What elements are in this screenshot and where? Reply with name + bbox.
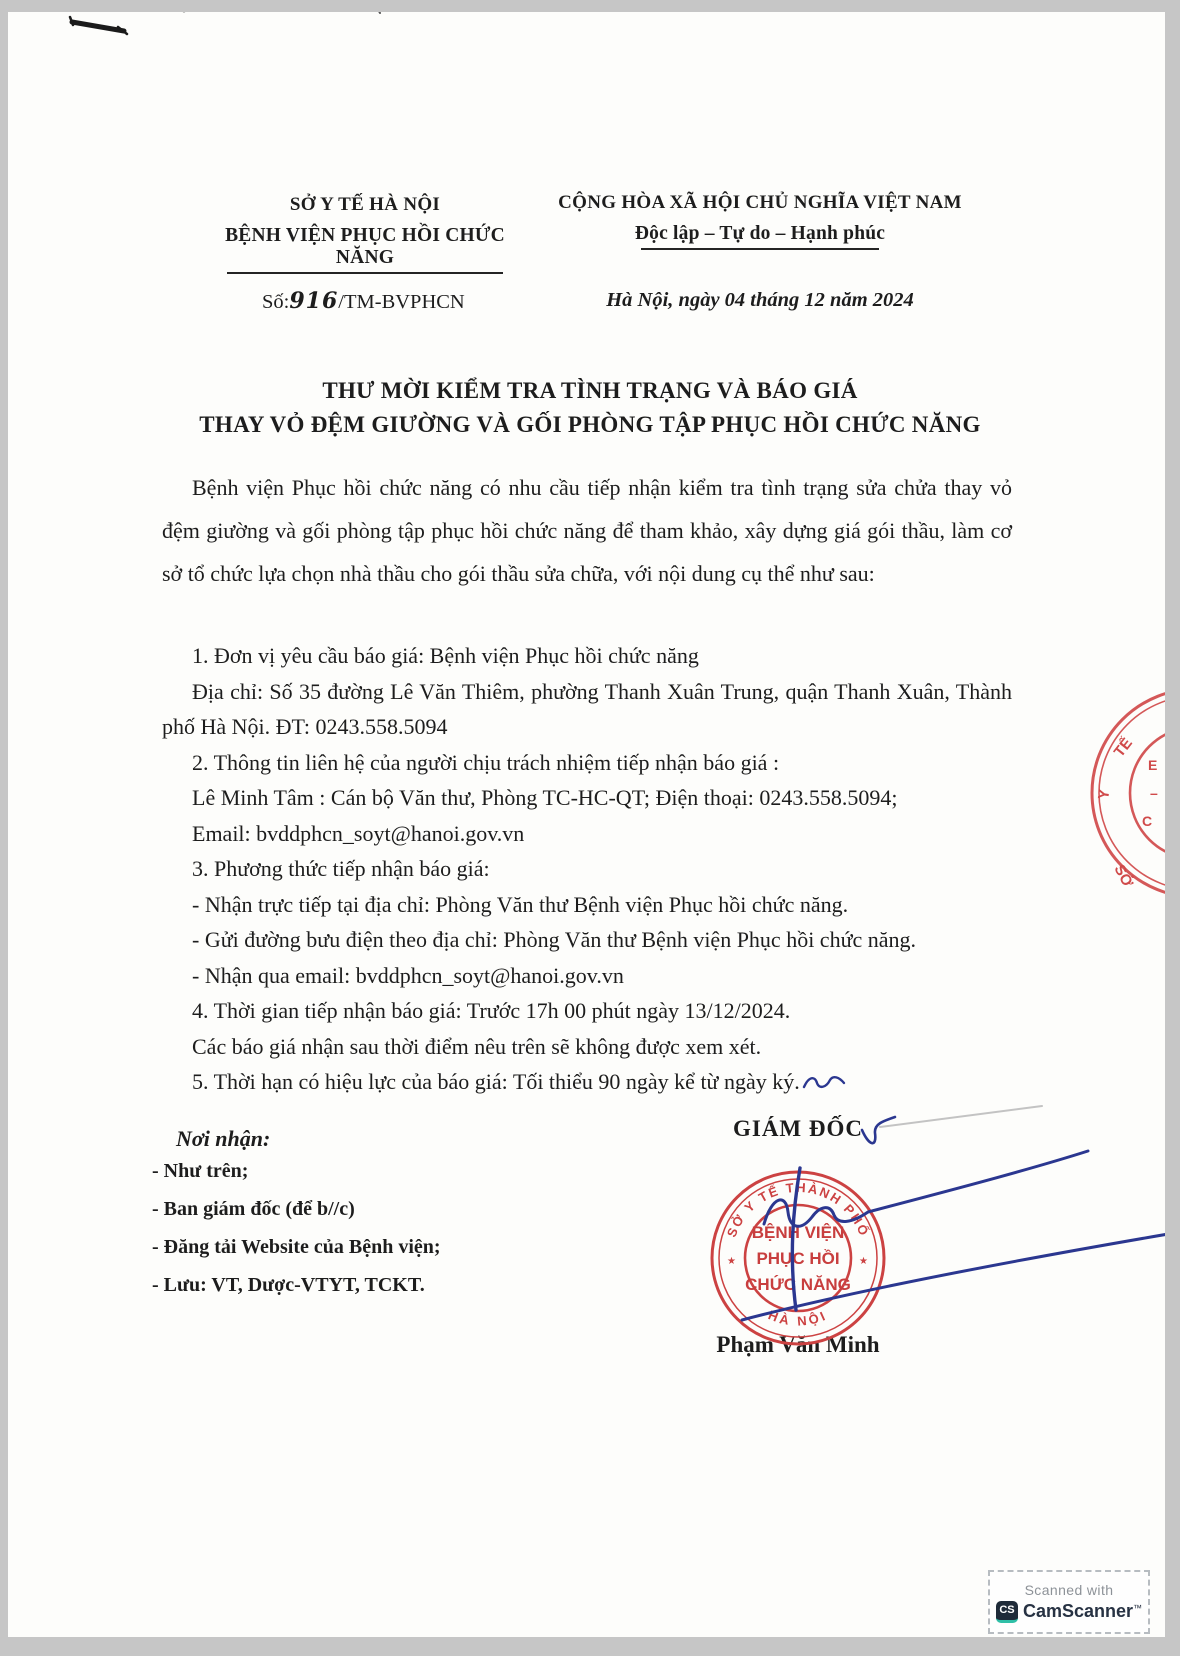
body-item: Các báo giá nhận sau thời điểm nêu trên …: [162, 1029, 1012, 1065]
edge-stamp: TẾ Y SỞ E – C: [1092, 689, 1165, 897]
scanned-with-label: Scanned with: [1025, 1582, 1114, 1598]
body-item: 1. Đơn vị yêu cầu báo giá: Bệnh viện Phụ…: [162, 638, 1012, 674]
svg-text:SỞ Y TẾ THÀNH PHỐ: SỞ Y TẾ THÀNH PHỐ: [724, 1180, 873, 1239]
scanner-frame: SỞ Y TẾ HÀ NỘI BỆNH VIỆN PHỤC HỒI CHỨC N…: [0, 0, 1180, 1656]
stamp-ring-bottom-text: HÀ NỘI: [766, 1307, 830, 1328]
scanned-page: SỞ Y TẾ HÀ NỘI BỆNH VIỆN PHỤC HỒI CHỨC N…: [8, 12, 1165, 1637]
recipient-item: - Ban giám đốc (để b//c): [152, 1190, 572, 1228]
svg-text:HÀ NỘI: HÀ NỘI: [766, 1307, 830, 1328]
trademark-symbol: ™: [1133, 1603, 1142, 1613]
signer-name: Phạm Văn Minh: [688, 1332, 908, 1358]
edge-stamp-fragment: C: [1142, 813, 1152, 829]
recipient-item: - Như trên;: [152, 1152, 572, 1190]
stamp-center-line1: BỆNH VIỆN: [752, 1223, 845, 1242]
camscanner-brand: CS CamScanner ™: [996, 1601, 1142, 1623]
stamp-ring-top-text: SỞ Y TẾ THÀNH PHỐ: [724, 1180, 873, 1239]
document-content: SỞ Y TẾ HÀ NỘI BỆNH VIỆN PHỤC HỒI CHỨC N…: [8, 12, 1165, 1637]
body-item: 2. Thông tin liên hệ của người chịu trác…: [162, 745, 1012, 781]
document-title: THƯ MỜI KIỂM TRA TÌNH TRẠNG VÀ BÁO GIÁ T…: [120, 374, 1060, 442]
org-name: BỆNH VIỆN PHỤC HỒI CHỨC NĂNG: [200, 225, 530, 269]
title-line-2: THAY VỎ ĐỆM GIƯỜNG VÀ GỐI PHÒNG TẬP PHỤC…: [120, 408, 1060, 442]
document-number: Số:916/TM-BVPHCN: [262, 288, 465, 314]
body-item: 3. Phương thức tiếp nhận báo giá:: [162, 851, 1012, 887]
stamp-star-left: ★: [727, 1256, 736, 1267]
ref-suffix: /TM-BVPHCN: [338, 291, 464, 313]
edge-stamp-fragment: –: [1150, 785, 1158, 801]
body-item: 4. Thời gian tiếp nhận báo giá: Trước 17…: [162, 993, 1012, 1029]
header-issuing-org: SỞ Y TẾ HÀ NỘI BỆNH VIỆN PHỤC HỒI CHỨC N…: [200, 194, 530, 274]
org-underline: [227, 272, 503, 274]
camscanner-logo-icon: CS: [996, 1601, 1018, 1623]
body-item: - Nhận qua email: bvddphcn_soyt@hanoi.go…: [162, 958, 1012, 994]
edge-stamp-fragment: E: [1148, 757, 1157, 773]
recipient-item: - Đăng tải Website của Bệnh viện;: [152, 1228, 572, 1266]
body-item-last: 5. Thời hạn có hiệu lực của báo giá: Tối…: [162, 1064, 1012, 1100]
camscanner-wordmark: CamScanner: [1023, 1601, 1133, 1622]
ref-prefix: Số:: [262, 291, 289, 313]
edge-stamp-text: Y: [1095, 788, 1113, 800]
body-item: - Gửi đường bưu điện theo địa chỉ: Phòng…: [162, 922, 1012, 958]
signature-title: GIÁM ĐỐC: [688, 1116, 908, 1142]
body-text: Bệnh viện Phục hồi chức năng có nhu cầu …: [162, 466, 1012, 1100]
header-national-motto: CỘNG HÒA XÃ HỘI CHỦ NGHĨA VIỆT NAM Độc l…: [540, 192, 980, 250]
org-parent: SỞ Y TẾ HÀ NỘI: [200, 194, 530, 216]
recipients-heading: Nơi nhận:: [152, 1126, 572, 1152]
ref-number-handwritten: 916: [289, 288, 338, 314]
hospital-round-stamp: SỞ Y TẾ THÀNH PHỐ HÀ NỘI ★ ★ BỆNH VIỆN P…: [712, 1172, 884, 1344]
corner-pen-mark: [70, 12, 380, 34]
motto-underline: [641, 248, 879, 250]
stamp-center-line3: CHỨC NĂNG: [745, 1275, 851, 1294]
motto-line: Độc lập – Tự do – Hạnh phúc: [540, 223, 980, 245]
edge-stamp-text: SỞ: [1110, 861, 1137, 890]
republic-line: CỘNG HÒA XÃ HỘI CHỦ NGHĨA VIỆT NAM: [540, 192, 980, 214]
title-line-1: THƯ MỜI KIỂM TRA TÌNH TRẠNG VÀ BÁO GIÁ: [120, 374, 1060, 408]
intro-paragraph: Bệnh viện Phục hồi chức năng có nhu cầu …: [162, 466, 1012, 638]
camscanner-badge: Scanned with CS CamScanner ™: [988, 1570, 1150, 1634]
recipients-block: Nơi nhận: - Như trên; - Ban giám đốc (để…: [152, 1126, 572, 1304]
body-item: - Nhận trực tiếp tại địa chỉ: Phòng Văn …: [162, 887, 1012, 923]
body-item: Địa chỉ: Số 35 đường Lê Văn Thiêm, phườn…: [162, 674, 1012, 745]
stamp-star-right: ★: [859, 1256, 868, 1267]
place-date-line: Hà Nội, ngày 04 tháng 12 năm 2024: [560, 289, 960, 312]
stamp-center-line2: PHỤC HỒI: [756, 1249, 839, 1268]
pen-squiggle-icon: [802, 1074, 846, 1092]
edge-stamp-text: TẾ: [1111, 735, 1136, 761]
recipient-item: - Lưu: VT, Dược-VTYT, TCKT.: [152, 1266, 572, 1304]
body-item: Lê Minh Tâm : Cán bộ Văn thư, Phòng TC-H…: [162, 780, 1012, 816]
body-item: Email: bvddphcn_soyt@hanoi.gov.vn: [162, 816, 1012, 852]
